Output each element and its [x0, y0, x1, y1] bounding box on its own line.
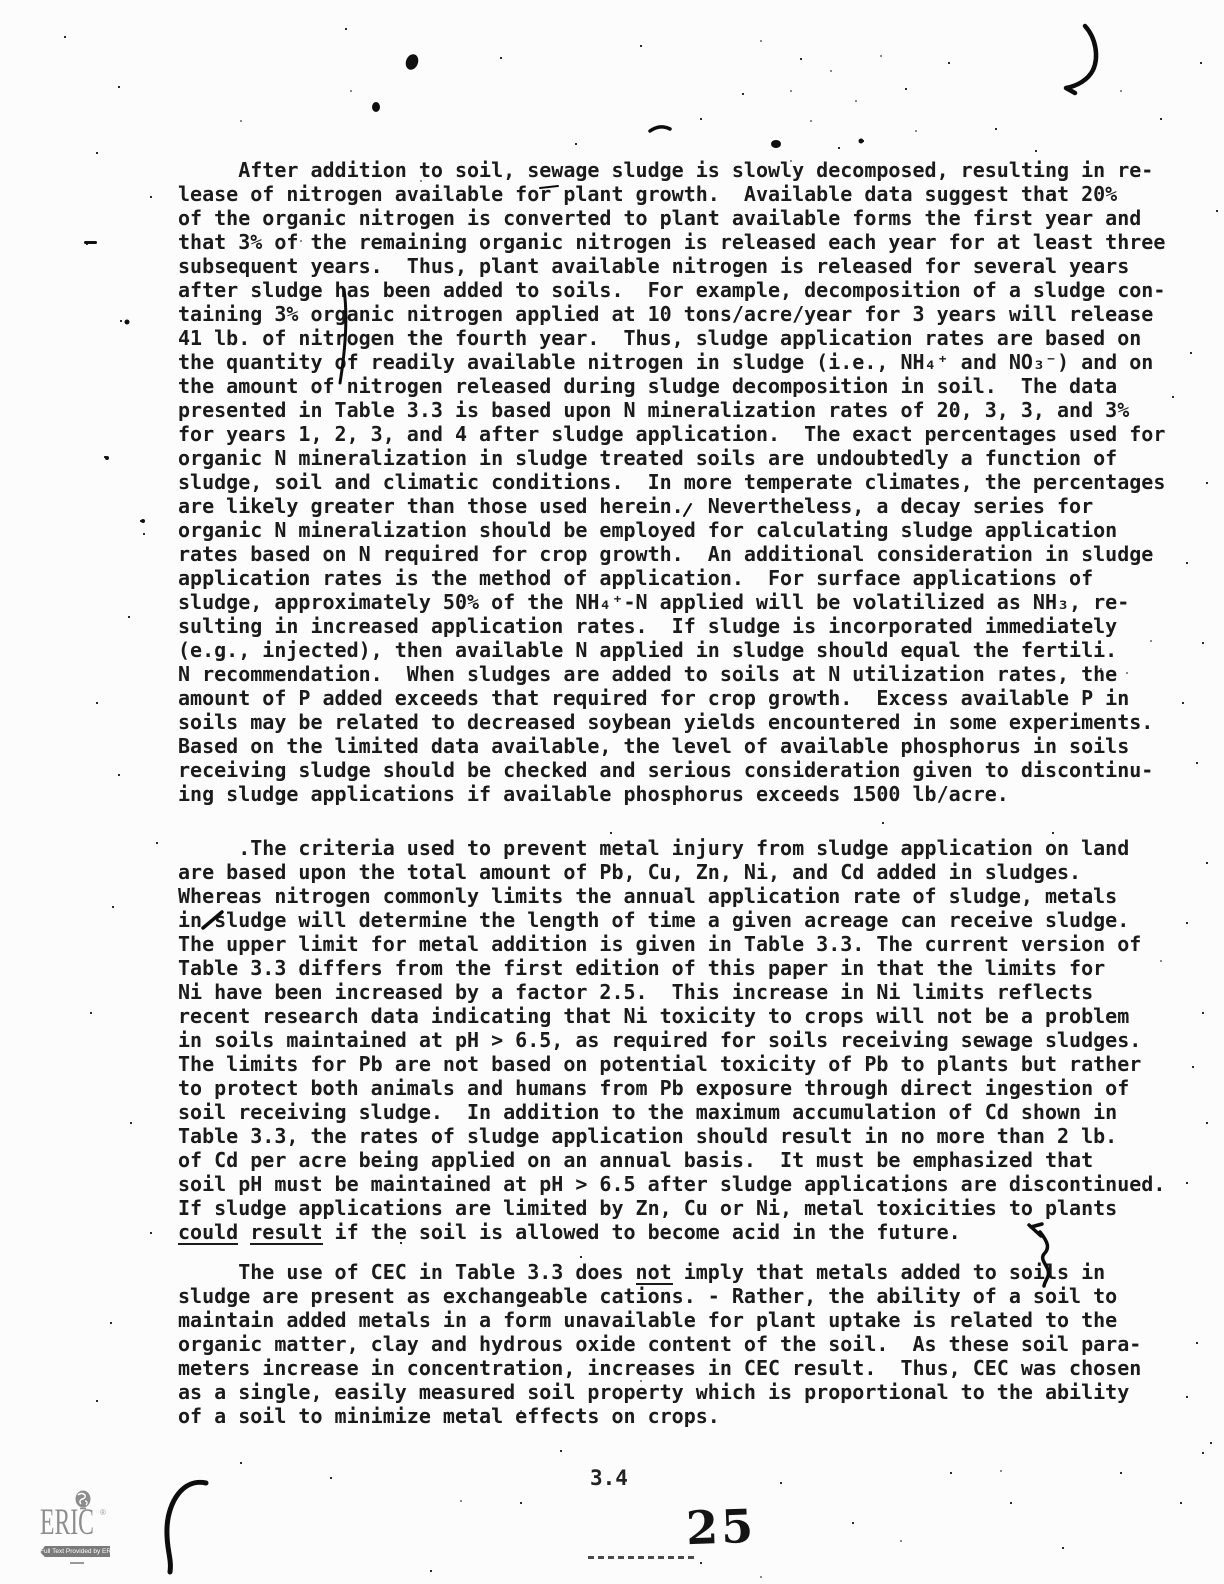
pen-mark-bottom-left-paren [167, 1482, 206, 1572]
pen-mark-top-right-hook [1066, 26, 1096, 93]
scanned-document-page: After addition to soil, sewage sludge is… [0, 0, 1224, 1584]
paragraph-cec: The use of CEC in Table 3.3 does not imp… [178, 1260, 1141, 1428]
ink-blob-3 [771, 140, 781, 148]
eric-logo: ERIC ® Full Text Provided by ERIC [38, 1490, 158, 1570]
ink-dash-top [650, 127, 670, 131]
ink-dot-1 [859, 139, 864, 144]
eric-logo-text: ERIC [40, 1506, 94, 1540]
ink-blob-1 [404, 52, 421, 71]
underline-mark-not [636, 1283, 673, 1285]
paragraph-metal-limits: .The criteria used to prevent metal inju… [178, 836, 1165, 1244]
paragraph-nitrogen-release: After addition to soil, sewage sludge is… [178, 158, 1165, 806]
registered-trademark-mark: ® [100, 1508, 106, 1517]
underline-mark-could [178, 1243, 238, 1245]
scan-noise-gray [0, 0, 2, 2]
ink-blob-2 [372, 102, 380, 112]
page-number: 3.4 [590, 1466, 628, 1490]
ink-dot-4 [141, 519, 145, 523]
ink-dash-left-margin [84, 241, 97, 244]
eric-logo-underdash [70, 1562, 84, 1564]
underline-mark-result [250, 1243, 323, 1245]
ink-dot-2 [125, 320, 130, 325]
handwritten-page-stamp: 25 [685, 1499, 757, 1555]
eric-tagline: Full Text Provided by ERIC [40, 1546, 110, 1557]
ink-dot-3 [105, 456, 109, 460]
dashed-line-mark [588, 1556, 694, 1559]
